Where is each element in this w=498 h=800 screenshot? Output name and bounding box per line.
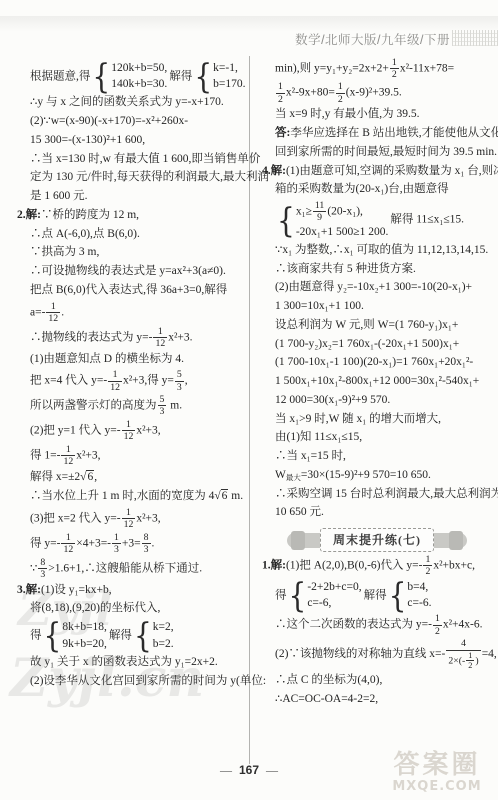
text-line: ∴y 与 x 之间的函数关系式为 y=-x+170.	[17, 94, 245, 111]
text-line: 10 650 元.	[262, 504, 492, 521]
text-line: 4.解:(1)由题意可知,空调的采购数量为 x₁ 台,则冰	[262, 163, 492, 180]
text-line: 定为 130 元/件时,每天获得的利润最大,最大利润	[17, 169, 245, 186]
text-line: ∴当 x₁=15 时,	[262, 448, 492, 465]
text-line: 把 x=4 代入 y=-112x²+3,得 y=53,	[17, 369, 245, 392]
text-line: (1 700-10x₁-1 100)(20-x₁)=1 760x₁+20x₁²-	[262, 354, 492, 371]
text-line: 答:李华应选择在 B 站出地铁,才能使他从文化宫	[262, 125, 492, 142]
right-column: min),则 y=y₁+y₂=2x+2+12x²-11x+78=12x²-9x+…	[262, 55, 492, 710]
text-line: 当 x₁>9 时,W 随 x₁ 的增大而增大,	[262, 411, 492, 428]
text-line: 得{8k+b=18,9k+b=20,解得{k=2,b=2.	[17, 619, 245, 652]
text-line: 解得 x=±2√6,	[17, 469, 245, 486]
text-line: (1)由题意知点 D 的横坐标为 4.	[17, 351, 245, 368]
text-line: ∴可设抛物线的表达式是 y=ax²+3(a≠0).	[17, 263, 245, 280]
book-page: 数学/北师大版/九年级/下册 根据题意,得{120k+b=50,140k+b=3…	[0, 0, 498, 800]
text-line: 是 1 600 元.	[17, 188, 245, 205]
text-line: 得 1=-112x²+3,	[17, 444, 245, 467]
left-column: 根据题意,得{120k+b=50,140k+b=30.解得{k=-1,b=170…	[17, 58, 245, 691]
text-line: 2.解:∵桥的跨度为 12 m,	[17, 207, 245, 224]
page-footer: —167—	[0, 763, 498, 778]
text-line: 1 300=10x₁+1 100.	[262, 298, 492, 315]
text-line: min),则 y=y₁+y₂=2x+2+12x²-11x+78=	[262, 57, 492, 80]
text-line: {x₁≥119(20-x₁),-20x₁+1 500≥1 200.解得 11≤x…	[262, 200, 492, 240]
text-line: ∴当 x=130 时,w 有最大值 1 600,即当销售单价	[17, 151, 245, 168]
text-line: ∴点 C 的坐标为(4,0),	[262, 672, 492, 689]
text-line: 故 y₁ 关于 x 的函数表达式为 y₁=2x+2.	[17, 654, 245, 671]
text-line: 把点 B(6,0)代入表达式,得 36a+3=0,解得	[17, 282, 245, 299]
text-line: (3)把 x=2 代入 y=-112x²+3,	[17, 507, 245, 530]
text-line: 1.解:(1)把 A(2,0),B(0,-6)代入 y=-12x²+bx+c,	[262, 554, 492, 577]
text-line: 3.解:(1)设 y₁=kx+b,	[17, 582, 245, 599]
text-line: 12x²-9x+80=12(x-9)²+39.5.	[262, 81, 492, 104]
text-line: ∵拱高为 3 m,	[17, 244, 245, 261]
text-line: 根据题意,得{120k+b=50,140k+b=30.解得{k=-1,b=170…	[17, 60, 245, 93]
logo-url: MXQE.COM	[378, 779, 496, 794]
text-line: (2)∵该抛物线的对称轴为直线 x=-42×(-12)=4,	[262, 638, 492, 670]
text-line: 1 500x₁+10x₁²-800x₁+12 000=30x₁²-540x₁+	[262, 373, 492, 390]
text-line: ∵83>1.6+1,∴这艘船能从桥下通过.	[17, 557, 245, 580]
text-line: (2)∵w=(x-90)(-x+170)=-x²+260x-	[17, 113, 245, 130]
text-line: 15 300=-(x-130)²+1 600,	[17, 132, 245, 149]
section-badge-ribbon: 周末提升练(七)	[287, 533, 467, 548]
text-line: ∴点 A(-6,0),点 B(6,0).	[17, 226, 245, 243]
text-line: ∴抛物线的表达式为 y=-112x²+3.	[17, 326, 245, 349]
text-line: 设总利润为 W 元,则 W=(1 760-y₁)x₁+	[262, 317, 492, 334]
text-line: (1 700-y₂)x₂=1 760x₁-(-20x₁+1 500)x₁+	[262, 336, 492, 353]
text-line: 得{-2+2b+c=0,c=-6,解得{b=4,c=-6.	[262, 579, 492, 612]
text-line: 所以两盏警示灯的高度为53 m.	[17, 394, 245, 417]
text-line: W最大=30×(15-9)²+9 570=10 650.	[262, 467, 492, 484]
text-line: ∵x₁ 为整数,∴x₁ 可取的值为 11,12,13,14,15.	[262, 242, 492, 259]
text-line: 回到家所需的时间最短,最短时间为 39.5 min.	[262, 144, 492, 161]
text-line: 当 x=9 时,y 有最小值,为 39.5.	[262, 106, 492, 123]
text-line: a=-112.	[17, 301, 245, 324]
text-line: (2)把 y=1 代入 y=-112x²+3,	[17, 419, 245, 442]
text-line: 箱的采购数量为(20-x₁)台,由题意得	[262, 181, 492, 198]
text-line: ∴这个二次函数的表达式为 y=-12x²+4x-6.	[262, 613, 492, 636]
page-number: 167	[239, 763, 259, 777]
text-line: ∴AC=OC-OA=4-2=2,	[262, 691, 492, 708]
text-line: ∴当水位上升 1 m 时,水面的宽度为 4√6 m.	[17, 488, 245, 505]
text-line: (2)由题意得 y₂=-10x₂+1 300=-10(20-x₁)+	[262, 279, 492, 296]
text-line: 由(1)知 11≤x₁≤15,	[262, 429, 492, 446]
section-badge-label: 周末提升练(七)	[320, 528, 434, 552]
section-badge: 周末提升练(七)	[262, 529, 492, 548]
text-line: 得 y=-112×4+3=-13+3=83.	[17, 532, 245, 555]
text-line: ∴采购空调 15 台时总利润最大,最大总利润为	[262, 486, 492, 503]
text-line: (2)设李华从文化宫回到家所需的时间为 y(单位:	[17, 673, 245, 690]
text-line: ∴该商家共有 5 种进货方案.	[262, 261, 492, 278]
footer-dash-right: —	[266, 763, 278, 777]
text-line: 12 000=30(x₁-9)²+9 570.	[262, 392, 492, 409]
header-title: 数学/北师大版/九年级/下册	[295, 30, 450, 48]
footer-dash-left: —	[220, 763, 232, 777]
page-header: 数学/北师大版/九年级/下册	[0, 28, 498, 48]
header-hatch-pattern	[452, 30, 498, 46]
